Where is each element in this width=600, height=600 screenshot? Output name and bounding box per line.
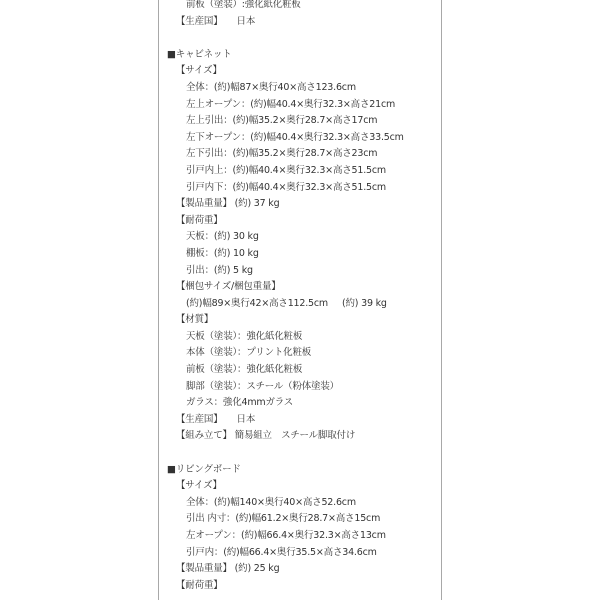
living-board-size-label: 【サイズ】 [167, 478, 437, 495]
cabinet-size-item: 引戸内下：(約)幅40.4×奥行32.3×高さ51.5cm [167, 180, 437, 197]
cabinet-size-item: 全体：(約)幅87×奥行40×高さ123.6cm [167, 80, 437, 97]
cabinet-package-size: (約)幅89×奥行42×高さ112.5cm [186, 298, 328, 309]
living-board-size-item: 引戸内：(約)幅66.4×奥行35.5×高さ34.6cm [167, 545, 437, 562]
cabinet-size-item: 左上引出：(約)幅35.2×奥行28.7×高さ17cm [167, 113, 437, 130]
cabinet-load-label: 【耐荷重】 [167, 213, 437, 230]
cabinet-load-item: 天板：(約) 30 kg [167, 229, 437, 246]
cabinet-package-label: 【梱包サイズ/梱包重量】 [167, 279, 437, 296]
cabinet-material-item: 本体（塗装）：プリント化粧板 [167, 345, 437, 362]
spacer [167, 30, 437, 47]
living-board-heading: ■リビングボード [167, 462, 437, 479]
cabinet-load-item: 棚板：(約) 10 kg [167, 246, 437, 263]
living-board-size-item: 全体：(約)幅140×奥行40×高さ52.6cm [167, 495, 437, 512]
cabinet-load-item: 引出：(約) 5 kg [167, 263, 437, 280]
cabinet-material-item: 天板（塗装）：強化紙化粧板 [167, 329, 437, 346]
cabinet-package-weight: (約) 39 kg [342, 298, 387, 309]
cabinet-origin-value: 日本 [237, 414, 256, 425]
right-border-divider [441, 0, 442, 600]
living-board-load-label: 【耐荷重】 [167, 578, 437, 595]
cabinet-origin-label: 【生産国】 [176, 414, 223, 425]
cabinet-assembly-row: 【組み立て】 簡易組立 スチール脚取付け [167, 428, 437, 445]
cabinet-size-item: 引戸内上：(約)幅40.4×奥行32.3×高さ51.5cm [167, 163, 437, 180]
cabinet-heading: ■キャビネット [167, 47, 437, 64]
cabinet-material-label: 【材質】 [167, 312, 437, 329]
cabinet-material-item: ガラス：強化4mmガラス [167, 395, 437, 412]
cabinet-weight-value: (約) 37 kg [235, 198, 280, 209]
living-board-weight-row: 【製品重量】 (約) 25 kg [167, 561, 437, 578]
living-board-weight-label: 【製品重量】 [176, 563, 232, 574]
prev-origin-value: 日本 [237, 16, 256, 27]
living-board-size-item: 左オープン：(約)幅66.4×奥行32.3×高さ13cm [167, 528, 437, 545]
cabinet-weight-row: 【製品重量】 (約) 37 kg [167, 196, 437, 213]
cabinet-origin-row: 【生産国】日本 [167, 412, 437, 429]
product-spec-page: 前板（塗装）:強化紙化粧板 【生産国】日本 ■キャビネット 【サイズ】 全体：(… [0, 0, 600, 600]
cabinet-size-item: 左下オープン：(約)幅40.4×奥行32.3×高さ33.5cm [167, 130, 437, 147]
cabinet-assembly-label: 【組み立て】 [176, 430, 232, 441]
spacer [167, 445, 437, 462]
cabinet-material-item: 脚部（塗装）：スチール（粉体塗装） [167, 379, 437, 396]
left-border-divider [158, 0, 159, 600]
cabinet-size-item: 左下引出：(約)幅35.2×奥行28.7×高さ23cm [167, 146, 437, 163]
cabinet-package-row: (約)幅89×奥行42×高さ112.5cm(約) 39 kg [167, 296, 437, 313]
living-board-size-item: 引出 内寸：(約)幅61.2×奥行28.7×高さ15cm [167, 511, 437, 528]
cabinet-size-label: 【サイズ】 [167, 63, 437, 80]
cabinet-weight-label: 【製品重量】 [176, 198, 232, 209]
spec-content: 前板（塗装）:強化紙化粧板 【生産国】日本 ■キャビネット 【サイズ】 全体：(… [167, 0, 437, 594]
prev-material-item: 前板（塗装）:強化紙化粧板 [167, 0, 437, 14]
cabinet-material-item: 前板（塗装）：強化紙化粧板 [167, 362, 437, 379]
prev-origin-row: 【生産国】日本 [167, 14, 437, 31]
cabinet-size-item: 左上オープン：(約)幅40.4×奥行32.3×高さ21cm [167, 97, 437, 114]
prev-origin-label: 【生産国】 [176, 16, 223, 27]
living-board-weight-value: (約) 25 kg [235, 563, 280, 574]
cabinet-assembly-value: 簡易組立 スチール脚取付け [235, 430, 356, 441]
